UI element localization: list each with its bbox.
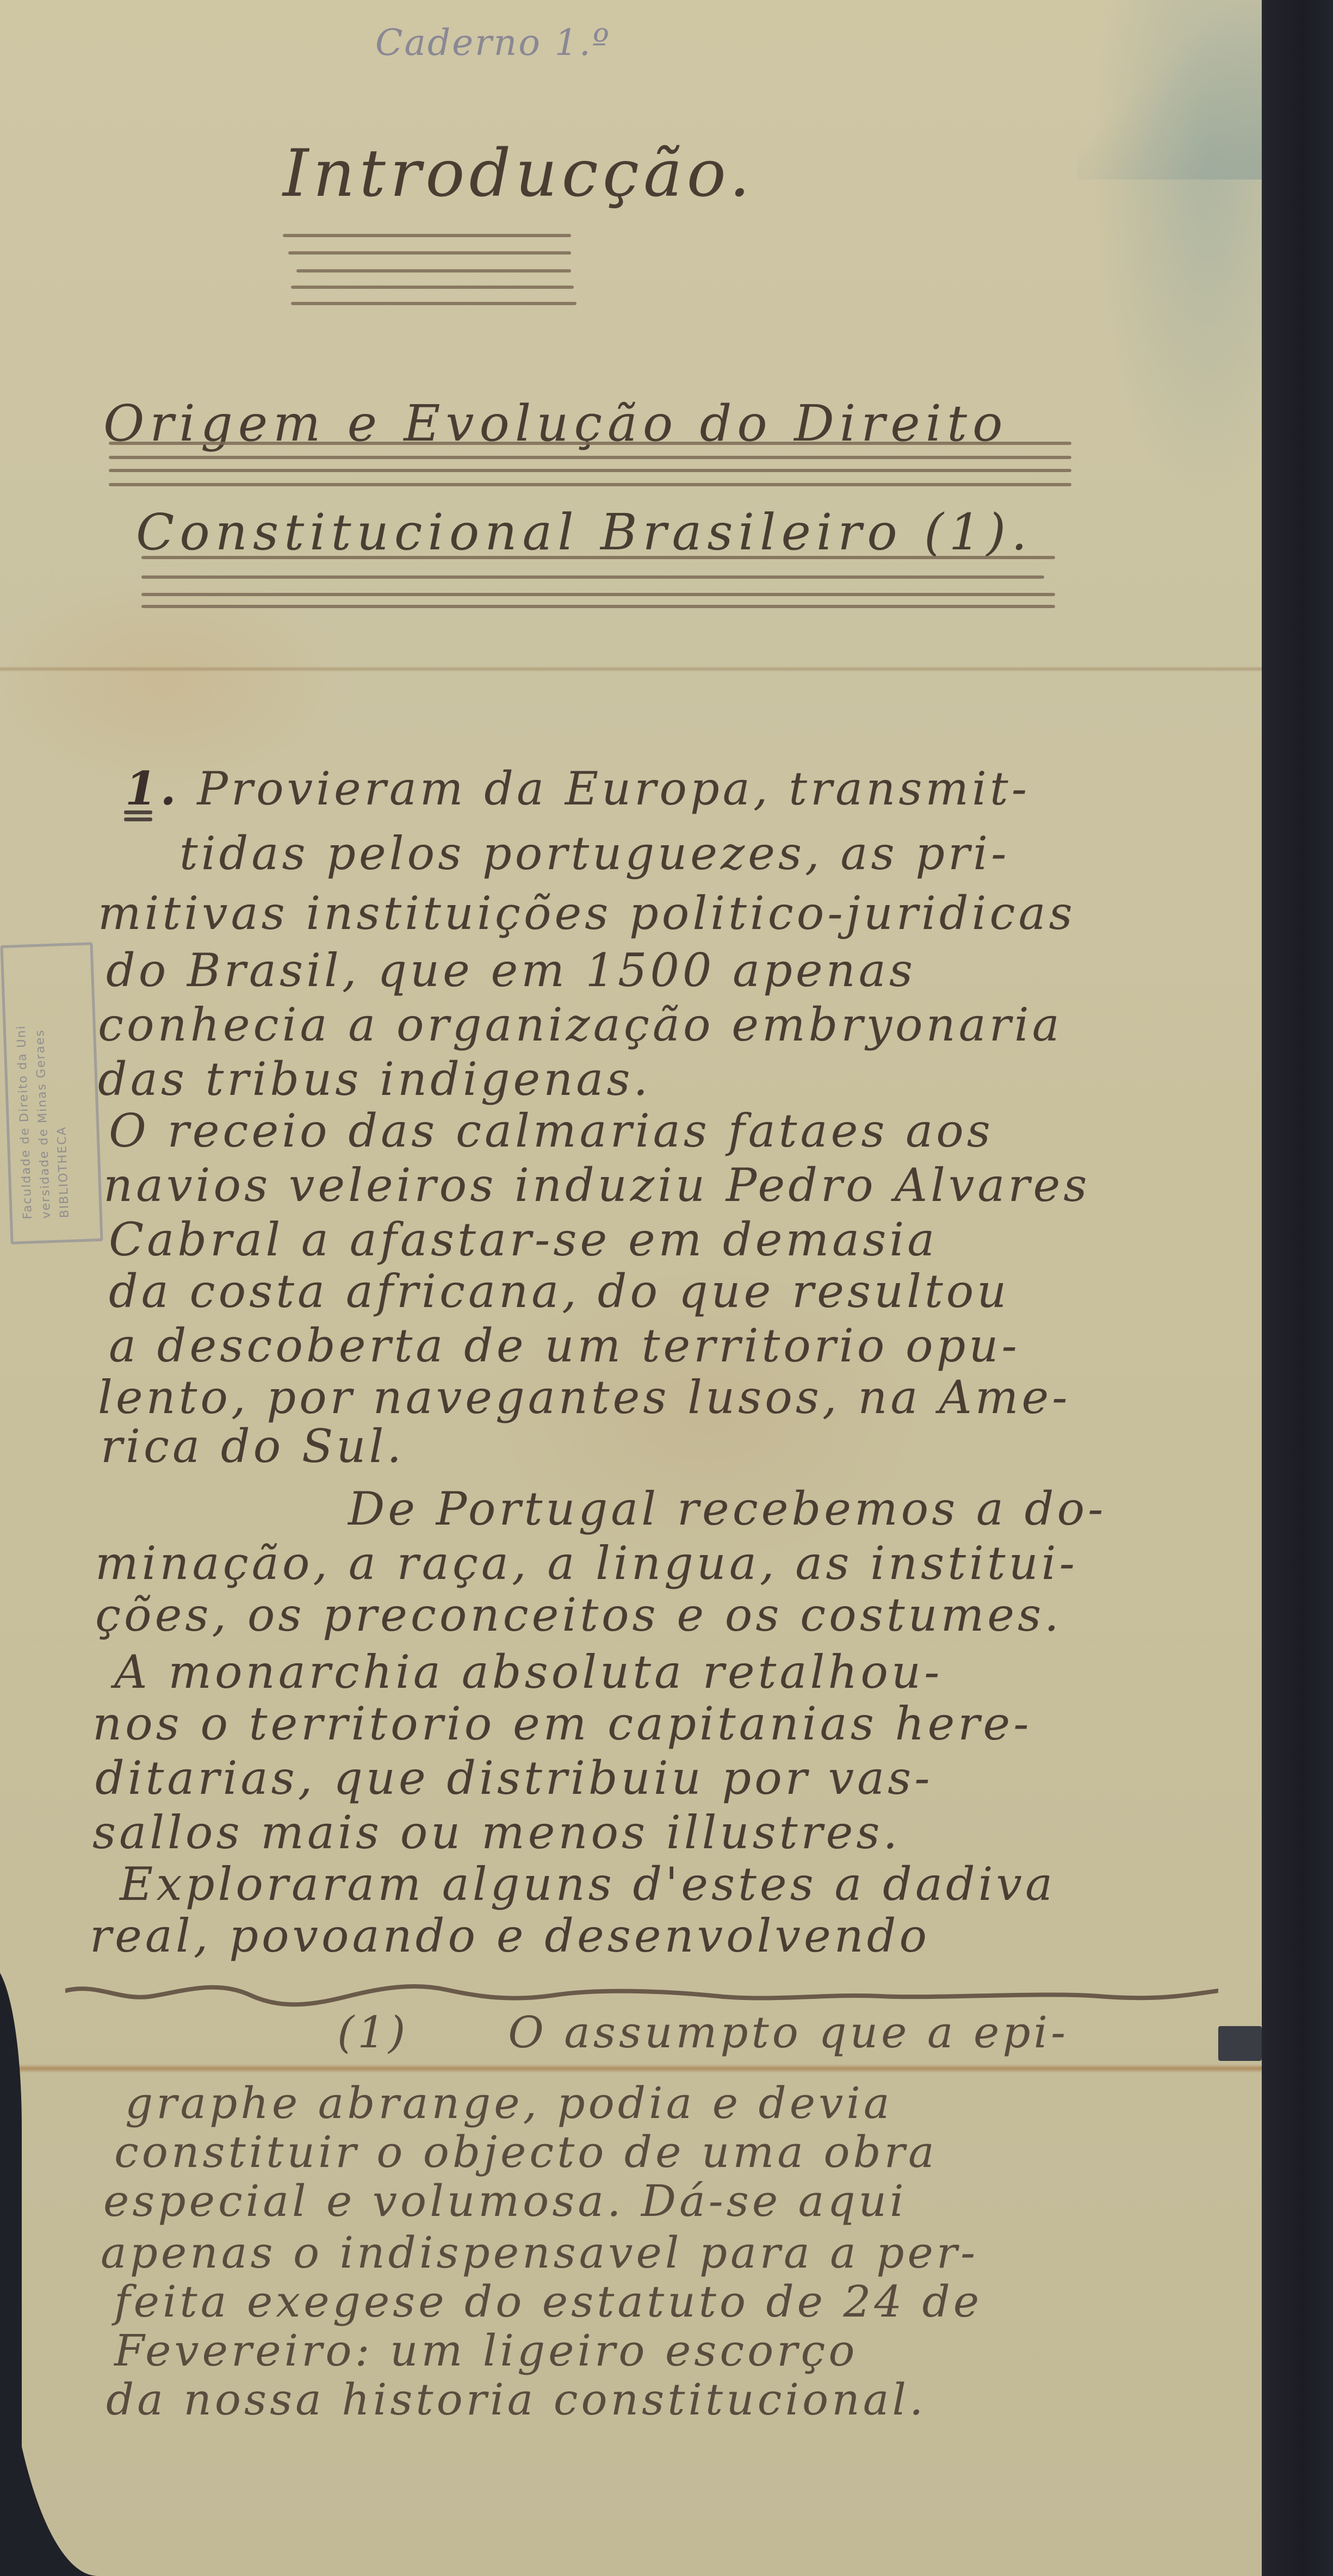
scan-background-frame [1256, 0, 1333, 2576]
body-line: A monarchia absoluta retalhou- [114, 1645, 943, 1699]
paragraph-number-underline [124, 810, 152, 814]
footnote-line: Fevereiro: um ligeiro escorço [114, 2325, 858, 2376]
page-title: Introducção. [283, 136, 754, 212]
body-line: O receio das calmarias fataes aos [109, 1104, 994, 1157]
section-heading-line-2: Constitucional Brasileiro (1). [136, 503, 1033, 561]
body-line: tidas pelos portuguezes, as pri- [179, 827, 1009, 880]
footnote-separator [65, 1980, 1218, 2007]
body-line: da costa africana, do que resultou [109, 1265, 1009, 1318]
footnote-line: (1) O assumpto que a epi- [337, 2007, 1069, 2058]
body-line: nos o territorio em capitanias here- [92, 1697, 1032, 1750]
body-line: Exploraram alguns d'estes a dadiva [120, 1857, 1056, 1911]
body-line: sallos mais ou menos illustres. [92, 1806, 901, 1859]
manuscript-page: Caderno 1.º Introducção. Origem e Evoluç… [0, 0, 1262, 2576]
body-line: conhecia a organização embryonaria [98, 998, 1063, 1051]
paragraph-number: 1. [125, 761, 179, 815]
paper-stain [1077, 0, 1262, 179]
paragraph-number-underline [124, 818, 152, 821]
body-line: 1. Provieram da Europa, transmit- [125, 761, 1030, 815]
body-line: das tribus indigenas. [98, 1052, 651, 1106]
body-line: do Brasil, que em 1500 apenas [106, 944, 916, 997]
pencil-note: Caderno 1.º [375, 22, 611, 64]
body-line: lento, por navegantes lusos, na Ame- [98, 1371, 1071, 1424]
footnote-line: especial e volumosa. Dá-se aqui [103, 2176, 907, 2226]
paper-tab [1218, 2026, 1262, 2061]
body-line: Cabral a afastar-se em demasia [109, 1213, 938, 1266]
footnote-line: graphe abrange, podia e devia [125, 2078, 893, 2128]
body-line: real, povoando e desenvolvendo [90, 1909, 930, 1962]
footnote-line: constituir o objecto de uma obra [114, 2127, 938, 2177]
body-line: minação, a raça, a lingua, as institui- [95, 1537, 1078, 1590]
paper-fold-line [0, 666, 1262, 672]
body-line: mitivas instituições politico-juridicas [98, 887, 1076, 940]
footnote-line: apenas o indispensavel para a per- [101, 2227, 978, 2278]
paper-torn-edge [0, 1964, 22, 2576]
paper-fold-line [0, 2064, 1262, 2073]
body-line: a descoberta de um territorio opu- [109, 1319, 1020, 1372]
footnote-line: da nossa historia constitucional. [106, 2374, 926, 2425]
footnote-marker: (1) [337, 2007, 408, 2058]
body-line: ditarias, que distribuiu por vas- [95, 1751, 933, 1805]
body-line: ções, os preconceitos e os costumes. [95, 1588, 1062, 1642]
body-line: navios veleiros induziu Pedro Alvares [103, 1159, 1090, 1212]
footnote-line: feita exegese do estatuto de 24 de [114, 2276, 982, 2327]
library-stamp: Faculdade de Direito da Uni versidade de… [0, 942, 103, 1244]
body-line: rica do Sul. [101, 1420, 405, 1473]
body-line: De Portugal recebemos a do- [348, 1482, 1107, 1535]
